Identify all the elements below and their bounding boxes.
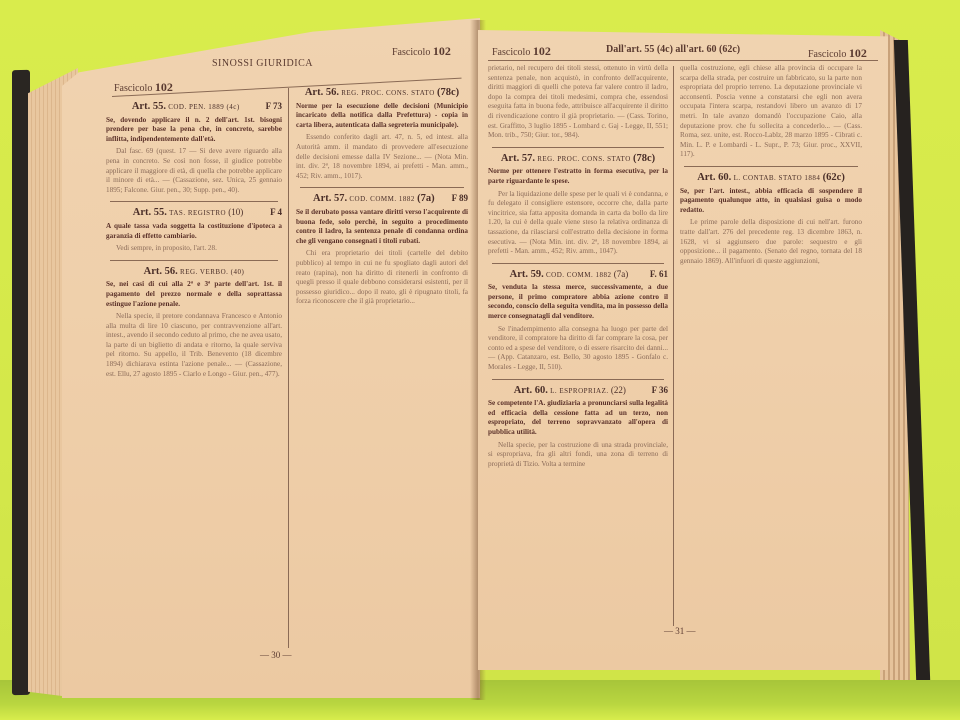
article-summary: Se, venduta la stessa merce, successivam… [488,283,668,321]
left-running-head-right: Fascicolo 102 [392,44,451,59]
article-summary: A quale tassa vada soggetta la costituzi… [106,222,282,241]
article-separator [300,187,464,188]
header-rule [488,60,878,61]
article-summary: Norme per ottenere l'estratto in forma e… [488,167,668,186]
article-block: Art. 60. L. CONTAB. STATO 1884 (62c) Se,… [680,173,862,266]
article-block: Art. 56. REG. PROC. CONS. STATO (78c) No… [296,88,468,181]
article-heading: Art. 60. L. ESPROPRIAZ. (22) F 36 [488,386,668,397]
right-page-col1: prietario, nel recupero dei titoli stess… [488,64,668,469]
left-page-col2: Art. 56. REG. PROC. CONS. STATO (78c) No… [296,82,468,307]
right-page: Fascicolo 102 Dall'art. 55 (4c) all'art.… [478,30,888,670]
article-heading: Art. 56. REG. VERBO. (40) [106,267,282,278]
article-separator [684,166,858,167]
column-rule [288,88,289,648]
right-page-col2: quella costruzione, egli chiese alla pro… [680,64,862,266]
article-block: Art. 55. COD. PEN. 1889 (4c) F 73 Se, do… [106,102,282,195]
article-summary: Se il derubato possa vantare diritti ver… [296,208,468,246]
article-body: Le prime parole della disposizione di cu… [680,218,862,266]
article-heading: Art. 60. L. CONTAB. STATO 1884 (62c) [680,173,862,184]
article-body: Dal fasc. 69 (quest. 17 — Si deve avere … [106,147,282,195]
article-separator [492,263,664,264]
article-separator [492,379,664,380]
article-body: Vedi sempre, in proposito, l'art. 28. [106,244,282,254]
article-summary: Norme per la esecuzione delle decisioni … [296,102,468,131]
article-body: Per la liquidazione delle spese per le q… [488,190,668,257]
article-body-continued: quella costruzione, egli chiese alla pro… [680,64,862,160]
right-running-head-right: Fascicolo 102 [808,46,867,61]
article-heading: Art. 57. COD. COMM. 1882 (7a) F 89 [296,194,468,205]
article-heading: Art. 56. REG. PROC. CONS. STATO (78c) [296,88,468,99]
article-heading: Art. 57. REG. PROC. CONS. STATO (78c) [488,154,668,165]
article-heading: Art. 55. TAS. REGISTRO (10) F 4 [106,208,282,219]
article-block: Art. 59. COD. COMM. 1882 (7a) F. 61 Se, … [488,270,668,373]
article-separator [110,201,278,202]
article-heading: Art. 59. COD. COMM. 1882 (7a) F. 61 [488,270,668,281]
article-block: Art. 60. L. ESPROPRIAZ. (22) F 36 Se com… [488,386,668,470]
column-rule [673,66,674,626]
article-block: Art. 56. REG. VERBO. (40) Se, nei casi d… [106,267,282,380]
article-block: Art. 55. TAS. REGISTRO (10) F 4 A quale … [106,208,282,253]
book-cover-left [12,70,30,695]
article-body: Nella specie, per la costruzione di una … [488,441,668,470]
page-number: — 31 — [664,626,696,636]
article-block: Art. 57. REG. PROC. CONS. STATO (78c) No… [488,154,668,257]
article-summary: Se, per l'art. intest., abbia efficacia … [680,187,862,216]
right-running-head-center: Dall'art. 55 (4c) all'art. 60 (62c) [606,44,740,55]
article-body: Chi era proprietario dei titoli (cartell… [296,249,468,307]
article-separator [110,260,278,261]
article-block: Art. 57. COD. COMM. 1882 (7a) F 89 Se il… [296,194,468,307]
article-body-continued: prietario, nel recupero dei titoli stess… [488,64,668,141]
left-page-col1: Art. 55. COD. PEN. 1889 (4c) F 73 Se, do… [106,96,282,379]
article-heading: Art. 55. COD. PEN. 1889 (4c) F 73 [106,102,282,113]
article-summary: Se, dovendo applicare il n. 2 dell'art. … [106,116,282,145]
left-page: Fascicolo 102 SINOSSI GIURIDICA Fascicol… [62,18,480,698]
left-running-head-center: SINOSSI GIURIDICA [212,58,313,69]
article-body: Se l'inadempimento alla consegna ha luog… [488,325,668,373]
article-body: Nella specie, il pretore condannava Fran… [106,312,282,379]
article-summary: Se, nei casi di cui alla 2ª e 3ª parte d… [106,280,282,309]
article-body: Essendo conferito dagli art. 47, n. 5, e… [296,133,468,181]
right-running-head-left: Fascicolo 102 [492,44,551,59]
article-separator [492,147,664,148]
page-number: — 30 — [260,650,292,660]
article-summary: Se competente l'A. giudiziaria a pronunc… [488,399,668,437]
